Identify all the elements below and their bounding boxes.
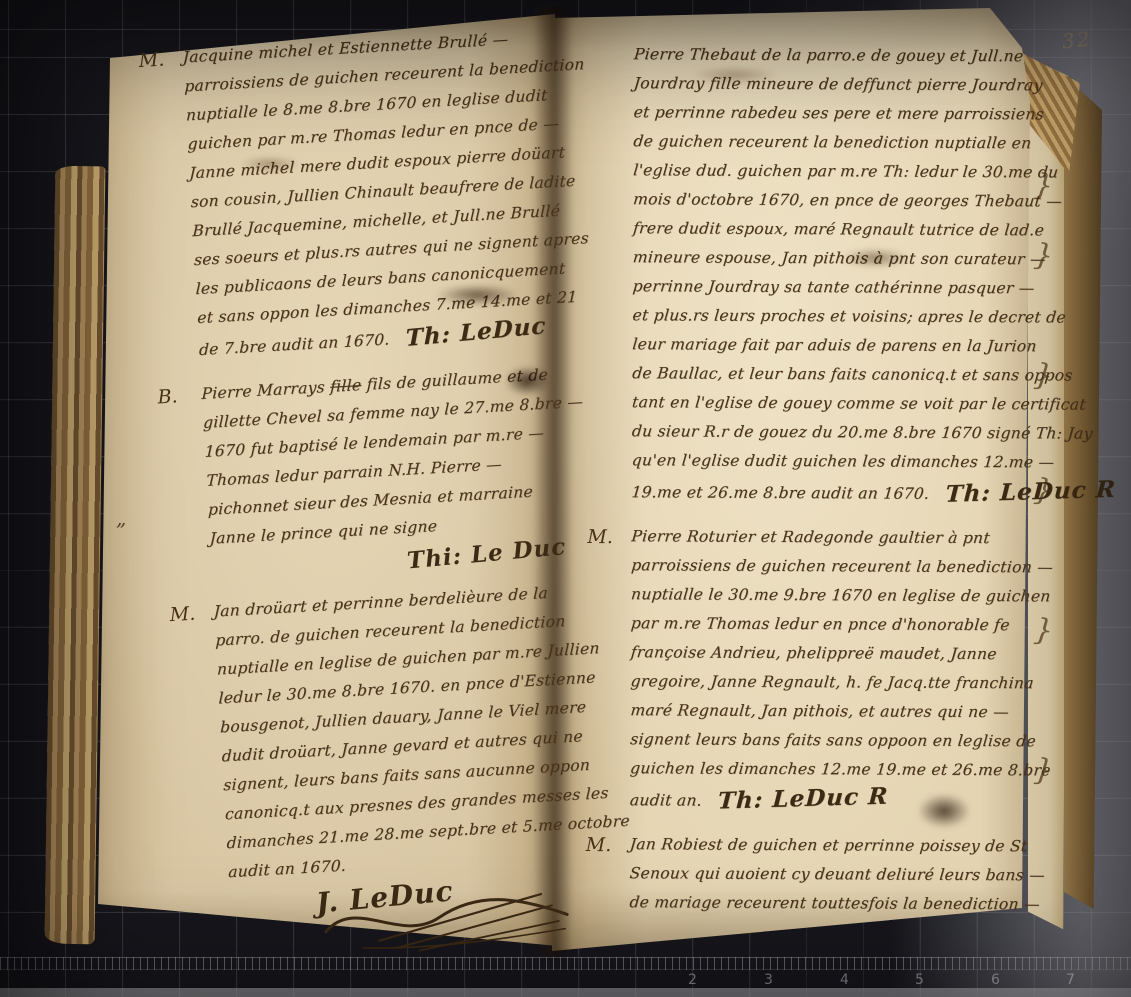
ruler-number: 6 xyxy=(991,972,1000,988)
ruler-number: 5 xyxy=(915,972,924,988)
register-entry: Pierre Thebaut de la parro.e de gouey et… xyxy=(588,40,1040,509)
ink-stain xyxy=(840,248,910,268)
register-entry: M.Pierre Roturier et Radegonde gaultier … xyxy=(586,522,1038,817)
manuscript-line: du sieur R.r de gouez du 20.me 8.bre 167… xyxy=(631,417,1117,449)
manuscript-line: 19.me et 26.me 8.bre audit an 1670.Th: L… xyxy=(630,475,1117,510)
manuscript-line: Senoux qui auoient cy deuant deliuré leu… xyxy=(628,859,1046,890)
manuscript-line: par m.re Thomas ledur en pnce d'honorabl… xyxy=(630,609,1054,640)
ink-stain xyxy=(435,284,520,306)
manuscript-line: de guichen receurent la benediction nupt… xyxy=(632,127,1118,159)
ruler-number: 3 xyxy=(764,972,773,988)
ruler-number: 2 xyxy=(688,972,697,988)
manuscript-line: gregoire, Janne Regnault, h. fe Jacq.tte… xyxy=(629,667,1053,698)
manuscript-line: Pierre Thebaut de la parro.e de gouey et… xyxy=(633,40,1119,72)
ink-stain xyxy=(690,66,780,84)
manuscript-line: maré Regnault, Jan pithois, et autres qu… xyxy=(629,696,1053,727)
manuscript-line: et perrinne rabedeu ses pere et mere par… xyxy=(632,98,1118,130)
signature: Th: LeDuc R xyxy=(717,782,889,816)
struck-word: fille xyxy=(330,376,362,396)
manuscript-line: parroissiens de guichen receurent la ben… xyxy=(630,551,1054,582)
ink-stain xyxy=(505,366,549,396)
right-page-text: Pierre Thebaut de la parro.e de gouey et… xyxy=(585,40,1040,934)
manuscript-line: Pierre Roturier et Radegonde gaultier à … xyxy=(630,522,1054,553)
manuscript-line: de mariage receurent touttesfois la bene… xyxy=(628,888,1046,919)
ink-stain xyxy=(240,156,300,172)
left-page-edges xyxy=(45,166,106,945)
register-entry: M.Jan Robiest de guichen et perrinne poi… xyxy=(585,830,1035,919)
manuscript-line: Jan Robiest de guichen et perrinne poiss… xyxy=(628,830,1046,861)
manuscript-line: guichen les dimanches 12.me 19.me et 26.… xyxy=(629,754,1053,785)
ruler-number: 7 xyxy=(1066,972,1075,988)
open-register-book: }}}}}} M.Jacquine michel et Estiennette … xyxy=(50,6,1102,964)
manuscript-line: et plus.rs leurs proches et voisins; apr… xyxy=(631,301,1117,333)
signature-flourish xyxy=(320,878,573,958)
signature: Th: LeDuc R xyxy=(944,475,1116,509)
manuscript-line: tant en l'eglise de gouey comme se voit … xyxy=(631,388,1117,420)
manuscript-line: audit an.Th: LeDuc R xyxy=(629,783,1054,817)
manuscript-line: de Baullac, et leur bans faits canonicq.… xyxy=(631,359,1117,391)
margin-mark: „ xyxy=(116,506,126,530)
manuscript-line: signent leurs bans faits sans oppoon en … xyxy=(629,725,1053,756)
manuscript-line: l'eglise dud. guichen par m.re Th: ledur… xyxy=(632,156,1118,188)
margin-letter: M. xyxy=(586,522,632,815)
manuscript-line: qu'en l'eglise dudit guichen les dimanch… xyxy=(630,446,1116,478)
margin-letter: M. xyxy=(585,830,629,917)
manuscript-line: perrinne Jourdray sa tante cathérinne pa… xyxy=(631,272,1117,304)
manuscript-line: nuptialle le 30.me 9.bre 1670 en leglise… xyxy=(630,580,1054,611)
margin-letter xyxy=(588,40,634,507)
manuscript-line: leur mariage fait par aduis de parens en… xyxy=(631,330,1117,362)
ruler-number: 4 xyxy=(840,972,849,988)
manuscript-photo: }}}}}} M.Jacquine michel et Estiennette … xyxy=(0,0,1131,997)
ink-stain xyxy=(918,794,970,828)
register-entry: M.Jan droüart et perrinne berdelièure de… xyxy=(169,576,619,963)
left-page-text: M.Jacquine michel et Estiennette Brullé … xyxy=(138,22,619,979)
manuscript-line: mois d'octobre 1670, en pnce de georges … xyxy=(632,185,1118,217)
manuscript-line: françoise Andrieu, phelippreë maudet, Ja… xyxy=(629,638,1053,669)
page-number: 32 xyxy=(1061,27,1093,54)
manuscript-line: frere dudit espoux, maré Regnault tutric… xyxy=(632,214,1118,246)
register-entry: M.Jacquine michel et Estiennette Brullé … xyxy=(138,22,585,368)
mat-edge xyxy=(0,988,1131,997)
